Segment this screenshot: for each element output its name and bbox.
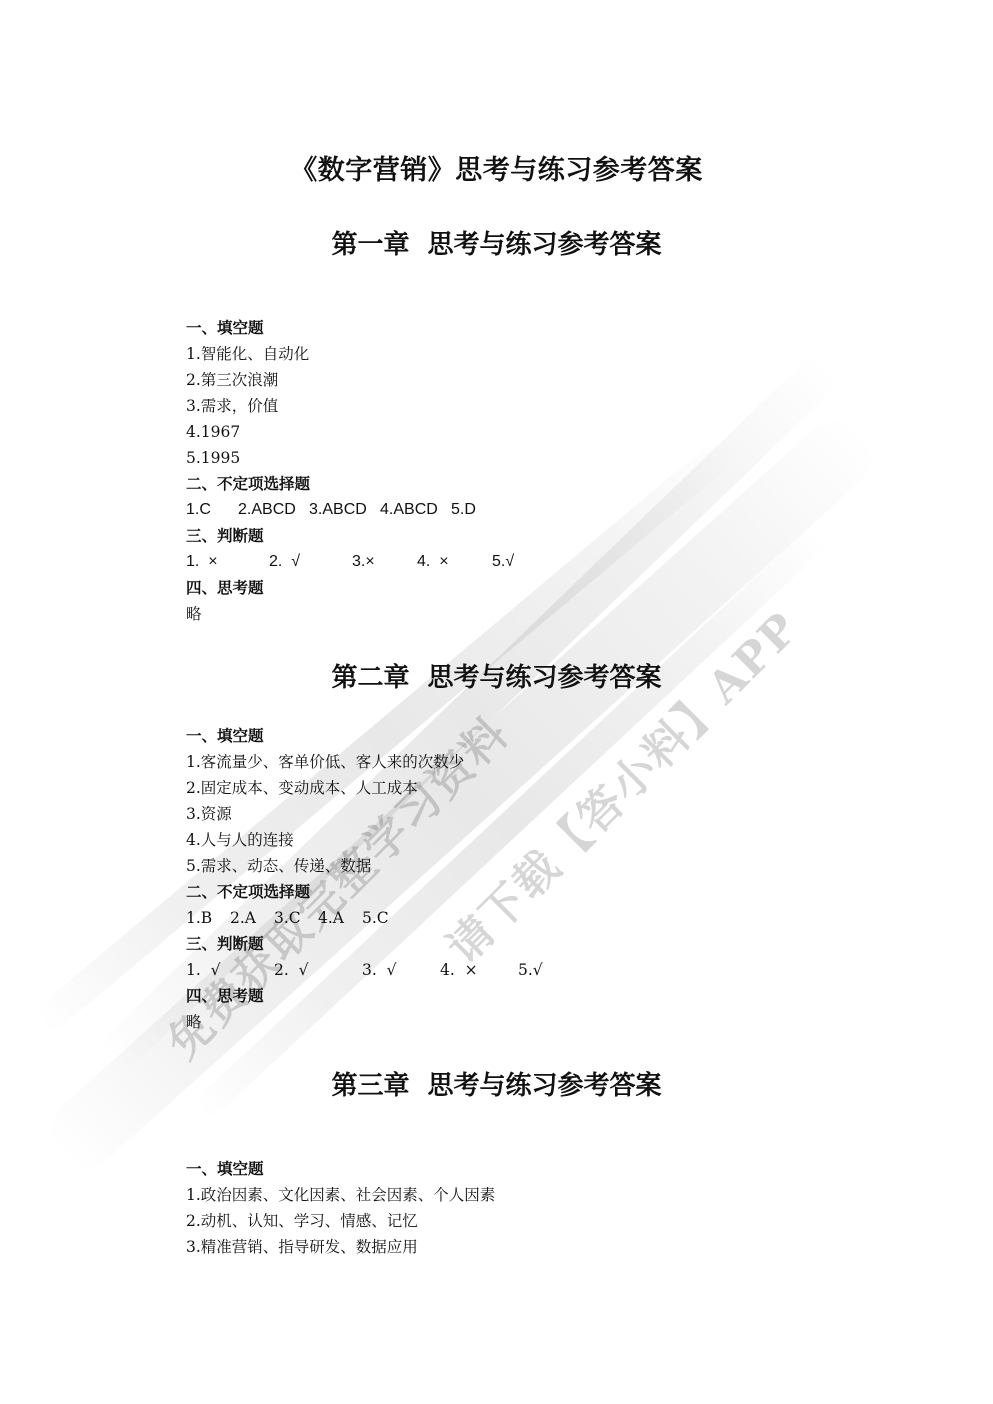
answer-line: 3.精准营销、指导研发、数据应用 xyxy=(186,1234,495,1260)
answer-line: 1.政治因素、文化因素、社会因素、个人因素 xyxy=(186,1182,495,1208)
answer-cell: 2.A xyxy=(230,905,274,931)
answer-cell: 1. × xyxy=(186,549,269,575)
answer-cell: 5.D xyxy=(451,497,476,523)
answer-cell: 2.ABCD xyxy=(238,497,309,523)
answer-line: 略 xyxy=(186,1009,543,1035)
answer-cell: 1.B xyxy=(186,905,230,931)
section-heading-fill-blank: 一、填空题 xyxy=(186,723,543,749)
answer-cell: 4. × xyxy=(417,549,492,575)
section-heading-multiple-choice: 二、不定项选择题 xyxy=(186,471,514,497)
answer-cell: 4.A xyxy=(318,905,362,931)
answer-line: 5.1995 xyxy=(186,445,514,471)
answer-line: 2.固定成本、变动成本、人工成本 xyxy=(186,775,543,801)
chapter-2-title: 第二章 思考与练习参考答案 xyxy=(0,657,993,694)
section-heading-fill-blank: 一、填空题 xyxy=(186,1156,495,1182)
answer-cell: 3.ABCD xyxy=(309,497,380,523)
true-false-answers: 1. √ 2. √ 3. √ 4. × 5.√ xyxy=(186,957,543,983)
watermark: 免费获取完整学习资料 请下载【答小料】APP xyxy=(0,0,993,1404)
section-heading-true-false: 三、判断题 xyxy=(186,931,543,957)
answer-cell: 4.ABCD xyxy=(380,497,451,523)
true-false-answers: 1. × 2. √ 3.× 4. × 5.√ xyxy=(186,549,514,575)
multiple-choice-answers: 1.B 2.A 3.C 4.A 5.C xyxy=(186,905,543,931)
section-heading-true-false: 三、判断题 xyxy=(186,523,514,549)
answer-cell: 3.× xyxy=(352,549,417,575)
answer-line: 略 xyxy=(186,601,514,627)
chapter-1-answers: 一、填空题 1.智能化、自动化 2.第三次浪潮 3.需求，价值 4.1967 5… xyxy=(186,315,514,627)
section-heading-thinking: 四、思考题 xyxy=(186,575,514,601)
chapter-3-answers: 一、填空题 1.政治因素、文化因素、社会因素、个人因素 2.动机、认知、学习、情… xyxy=(186,1156,495,1260)
answer-line: 2.动机、认知、学习、情感、记忆 xyxy=(186,1208,495,1234)
section-heading-thinking: 四、思考题 xyxy=(186,983,543,1009)
answer-cell: 2. √ xyxy=(269,549,352,575)
answer-line: 3.资源 xyxy=(186,801,543,827)
answer-line: 3.需求，价值 xyxy=(186,393,514,419)
document-title: 《数字营销》思考与练习参考答案 xyxy=(0,148,993,187)
answer-line: 1.智能化、自动化 xyxy=(186,341,514,367)
answer-cell: 1.C xyxy=(186,497,238,523)
answer-cell: 4. × xyxy=(440,957,518,983)
answer-cell: 5.√ xyxy=(518,957,543,983)
answer-line: 4.1967 xyxy=(186,419,514,445)
answer-cell: 2. √ xyxy=(274,957,362,983)
chapter-3-title: 第三章 思考与练习参考答案 xyxy=(0,1065,993,1102)
answer-line: 1.客流量少、客单价低、客人来的次数少 xyxy=(186,749,543,775)
section-heading-multiple-choice: 二、不定项选择题 xyxy=(186,879,543,905)
answer-line: 5.需求、动态、传递、数据 xyxy=(186,853,543,879)
section-heading-fill-blank: 一、填空题 xyxy=(186,315,514,341)
answer-cell: 1. √ xyxy=(186,957,274,983)
answer-line: 2.第三次浪潮 xyxy=(186,367,514,393)
chapter-1-title: 第一章 思考与练习参考答案 xyxy=(0,224,993,261)
answer-cell: 3. √ xyxy=(362,957,440,983)
answer-cell: 5.C xyxy=(362,905,389,931)
answer-cell: 5.√ xyxy=(492,549,514,575)
multiple-choice-answers: 1.C 2.ABCD 3.ABCD 4.ABCD 5.D xyxy=(186,497,514,523)
answer-line: 4.人与人的连接 xyxy=(186,827,543,853)
answer-cell: 3.C xyxy=(274,905,318,931)
chapter-2-answers: 一、填空题 1.客流量少、客单价低、客人来的次数少 2.固定成本、变动成本、人工… xyxy=(186,723,543,1035)
